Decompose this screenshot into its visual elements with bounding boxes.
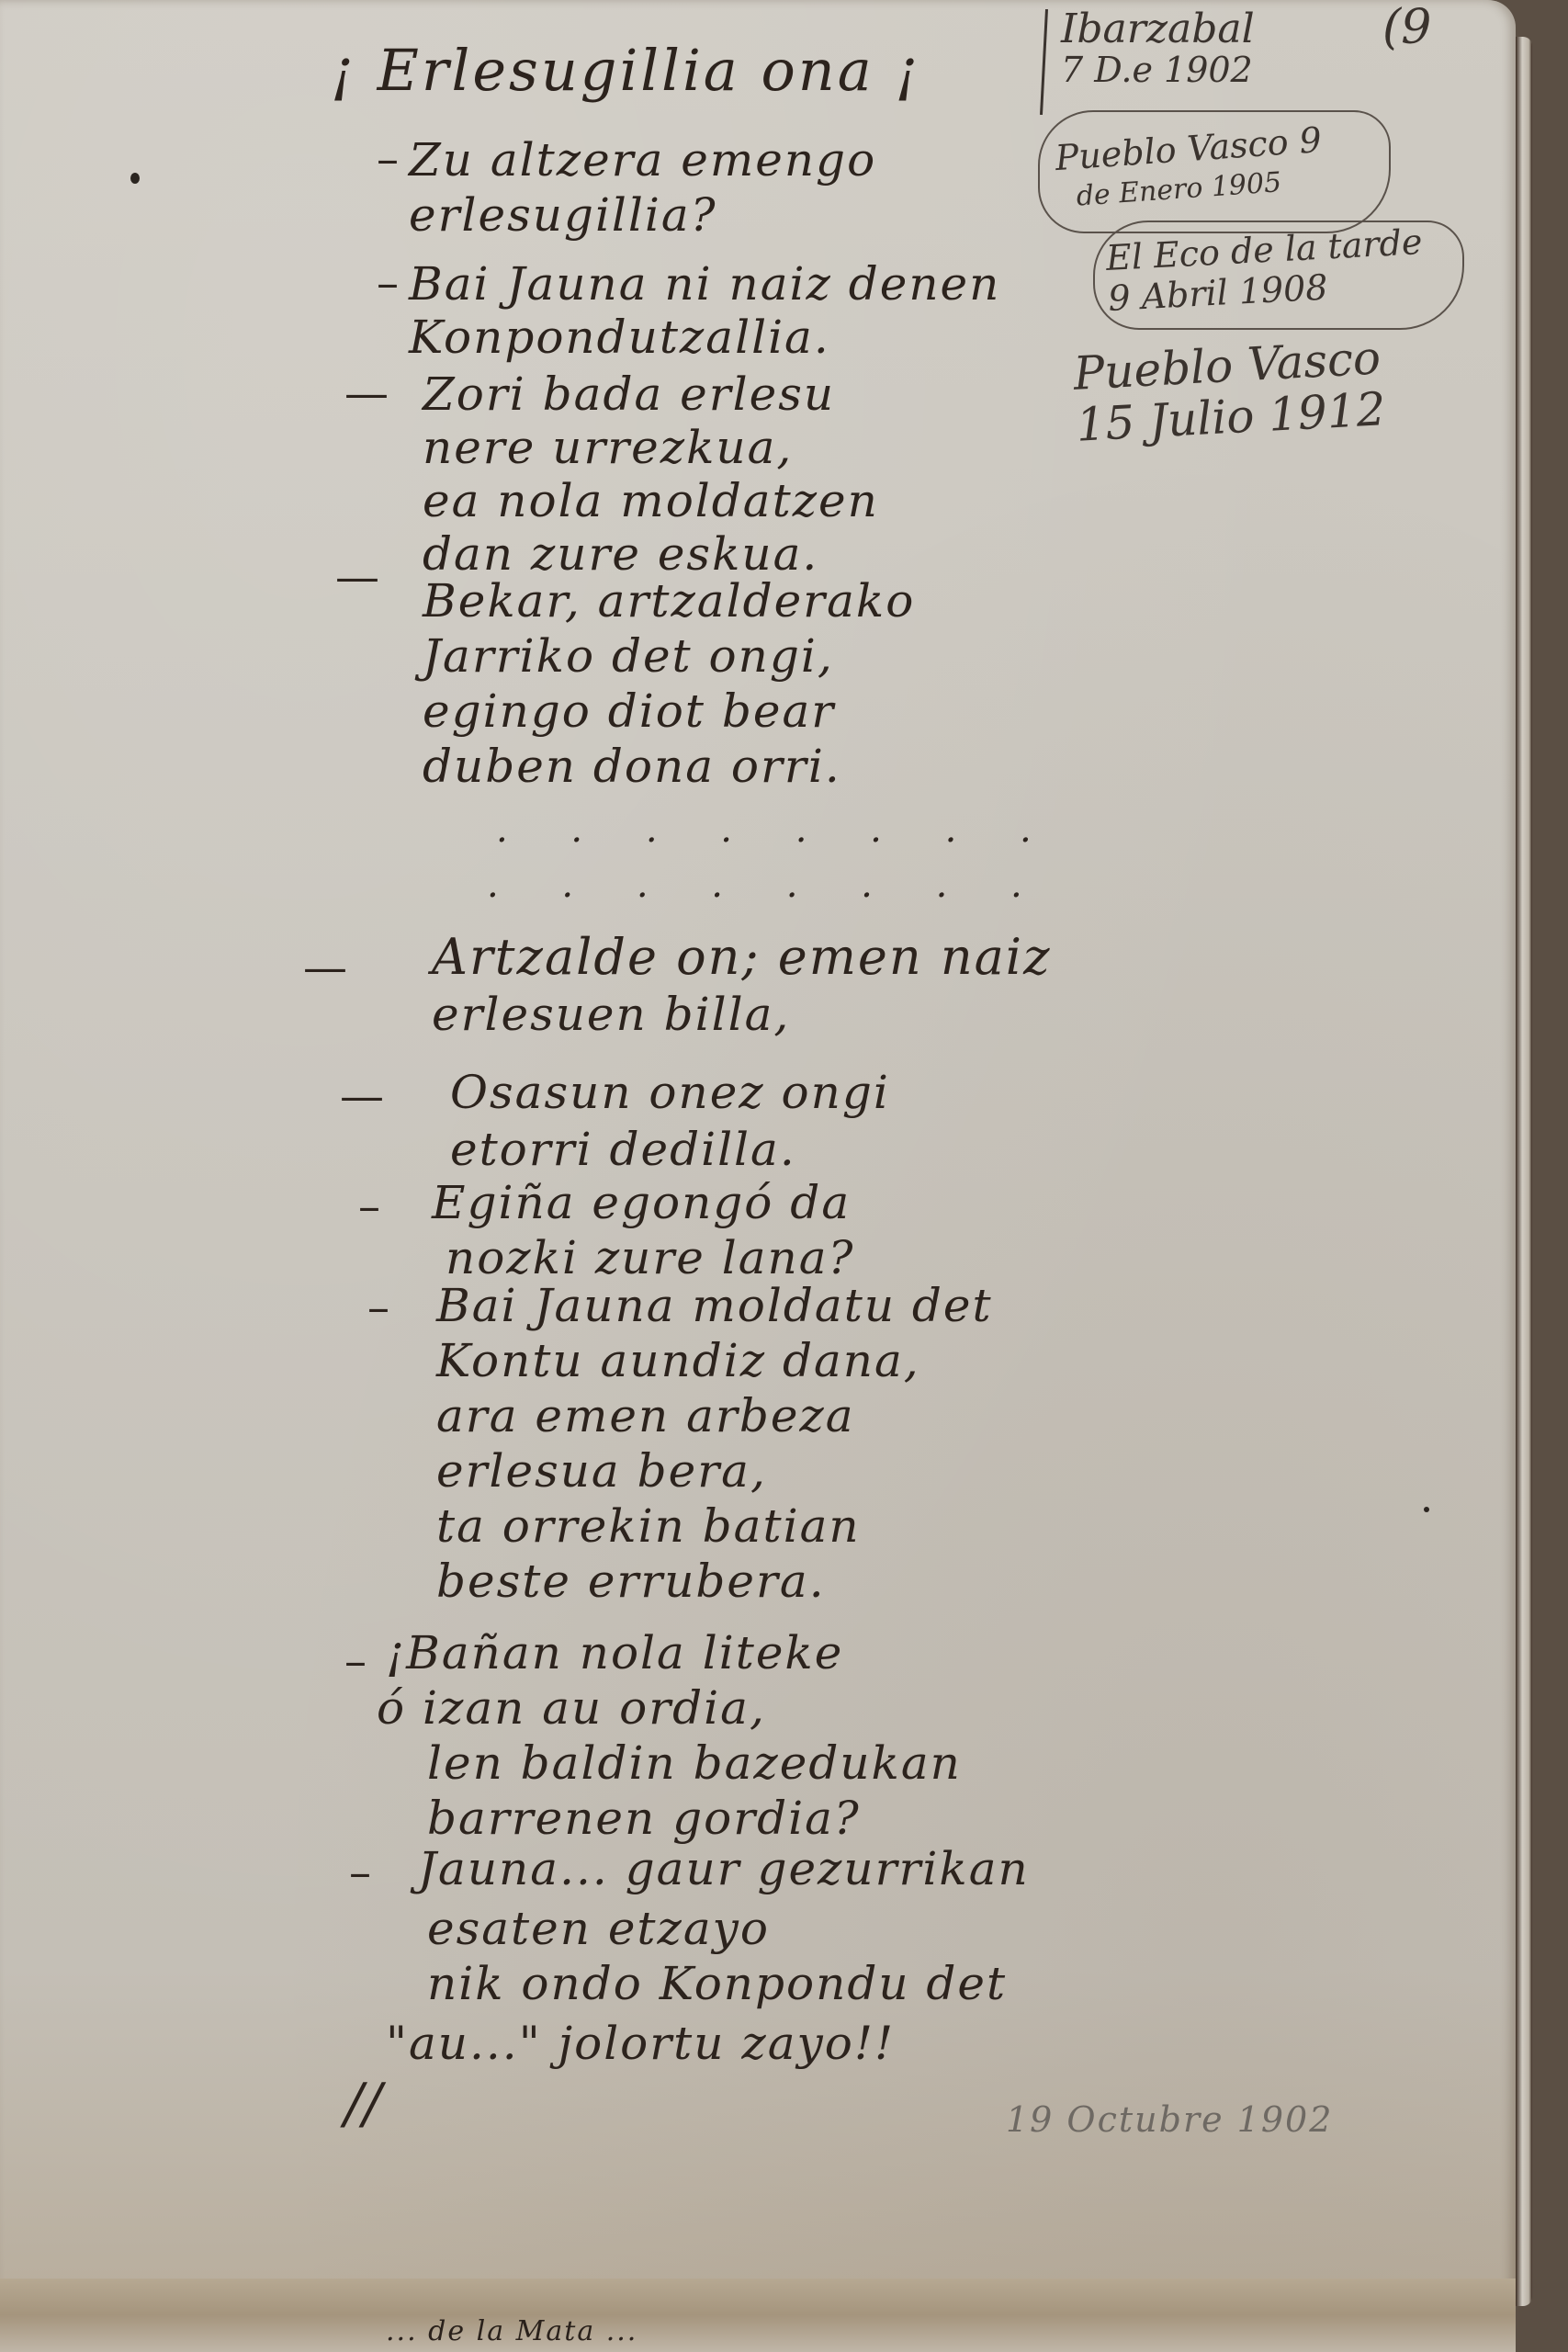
- verse-line: esaten etzayo: [427, 1902, 770, 1955]
- verse-line: duben dona orri.: [423, 740, 841, 793]
- page-stack-bottom: [0, 2278, 1516, 2352]
- verse-line: Bekar, artzalderako: [423, 574, 915, 628]
- dialogue-dash: –: [377, 133, 399, 185]
- verse-line: ó izan au ordia,: [377, 1681, 766, 1735]
- verse-line: Osasun onez ongi: [450, 1066, 890, 1119]
- ellipsis-row: . . . . . . . .: [496, 808, 1057, 851]
- verse-line: erlesugillia?: [409, 188, 717, 242]
- dialogue-dash: —: [340, 1070, 384, 1122]
- dialogue-dash: –: [367, 1282, 389, 1333]
- verse-line: "au..." jolortu zayo!!: [386, 2017, 895, 2070]
- verse-line: Egiña egongó da: [432, 1176, 851, 1229]
- verse-line: erlesuen billa,: [432, 988, 790, 1041]
- verse-line: beste errubera.: [436, 1555, 826, 1608]
- poem-title: ¡ Erlesugillia ona ¡: [331, 37, 920, 104]
- dialogue-dash: —: [335, 551, 379, 603]
- verse-line: nere urrezkua,: [423, 421, 793, 474]
- page-number: (9: [1382, 0, 1431, 55]
- verse-line: ta orrekin batian: [436, 1499, 861, 1553]
- ink-blot: [1424, 1507, 1429, 1512]
- dialogue-dash: —: [344, 367, 389, 419]
- ink-blot: [130, 173, 140, 184]
- margin-note-line: 7 D.e 1902: [1061, 50, 1255, 90]
- dialogue-dash: –: [358, 1181, 380, 1232]
- dialogue-dash: –: [349, 1847, 371, 1898]
- verse-line: ara emen arbeza: [436, 1389, 855, 1442]
- verse-line: ea nola moldatzen: [423, 474, 879, 527]
- ellipsis-row: . . . . . . . .: [487, 864, 1048, 906]
- verse-line: nozki zure lana?: [446, 1231, 854, 1284]
- verse-line: Jauna... gaur gezurrikan: [418, 1842, 1030, 1895]
- dialogue-dash: –: [344, 1635, 367, 1687]
- margin-note-eco-de-la-tarde: El Eco de la tarde 9 Abril 1908: [1105, 221, 1426, 319]
- verse-line: len baldin bazedukan: [427, 1736, 962, 1790]
- verse-line: egingo diot bear: [423, 684, 835, 738]
- verse-line: Zori bada erlesu: [423, 367, 835, 421]
- footer-date: 19 Octubre 1902: [1006, 2099, 1333, 2140]
- margin-bracket: [1040, 9, 1048, 115]
- margin-note-pueblo-vasco-1912: Pueblo Vasco 15 Julio 1912: [1072, 332, 1386, 450]
- verse-line: Jarriko det ongi,: [423, 629, 834, 683]
- verse-line: nik ondo Konpondu det: [427, 1957, 1007, 2010]
- manuscript-page: ¡ Erlesugillia ona ¡ (9 Ibarzabal 7 D.e …: [0, 0, 1516, 2315]
- verse-line: ¡Bañan nola liteke: [386, 1626, 843, 1679]
- bottom-edge-text: ... de la Mata ...: [386, 2315, 637, 2347]
- margin-note-ibarzabal: Ibarzabal 7 D.e 1902: [1061, 9, 1255, 90]
- end-mark: //: [344, 2072, 381, 2136]
- verse-line: barrenen gordia?: [427, 1792, 861, 1845]
- verse-line: Konpondutzallia.: [409, 311, 830, 364]
- verse-line: dan zure eskua.: [423, 527, 818, 581]
- dialogue-dash: –: [377, 257, 399, 309]
- dialogue-dash: —: [303, 942, 347, 993]
- verse-line: Bai Jauna ni naiz denen: [409, 257, 1000, 311]
- verse-line: Kontu aundiz dana,: [436, 1334, 920, 1387]
- verse-line: Artzalde on; emen naiz: [432, 928, 1052, 986]
- verse-line: erlesua bera,: [436, 1444, 767, 1498]
- verse-line: Bai Jauna moldatu det: [436, 1279, 993, 1332]
- page-edge: [1516, 37, 1532, 2306]
- margin-note-line: Ibarzabal: [1061, 9, 1255, 50]
- verse-line: etorri dedilla.: [450, 1123, 796, 1176]
- verse-line: Zu altzera emengo: [409, 133, 876, 187]
